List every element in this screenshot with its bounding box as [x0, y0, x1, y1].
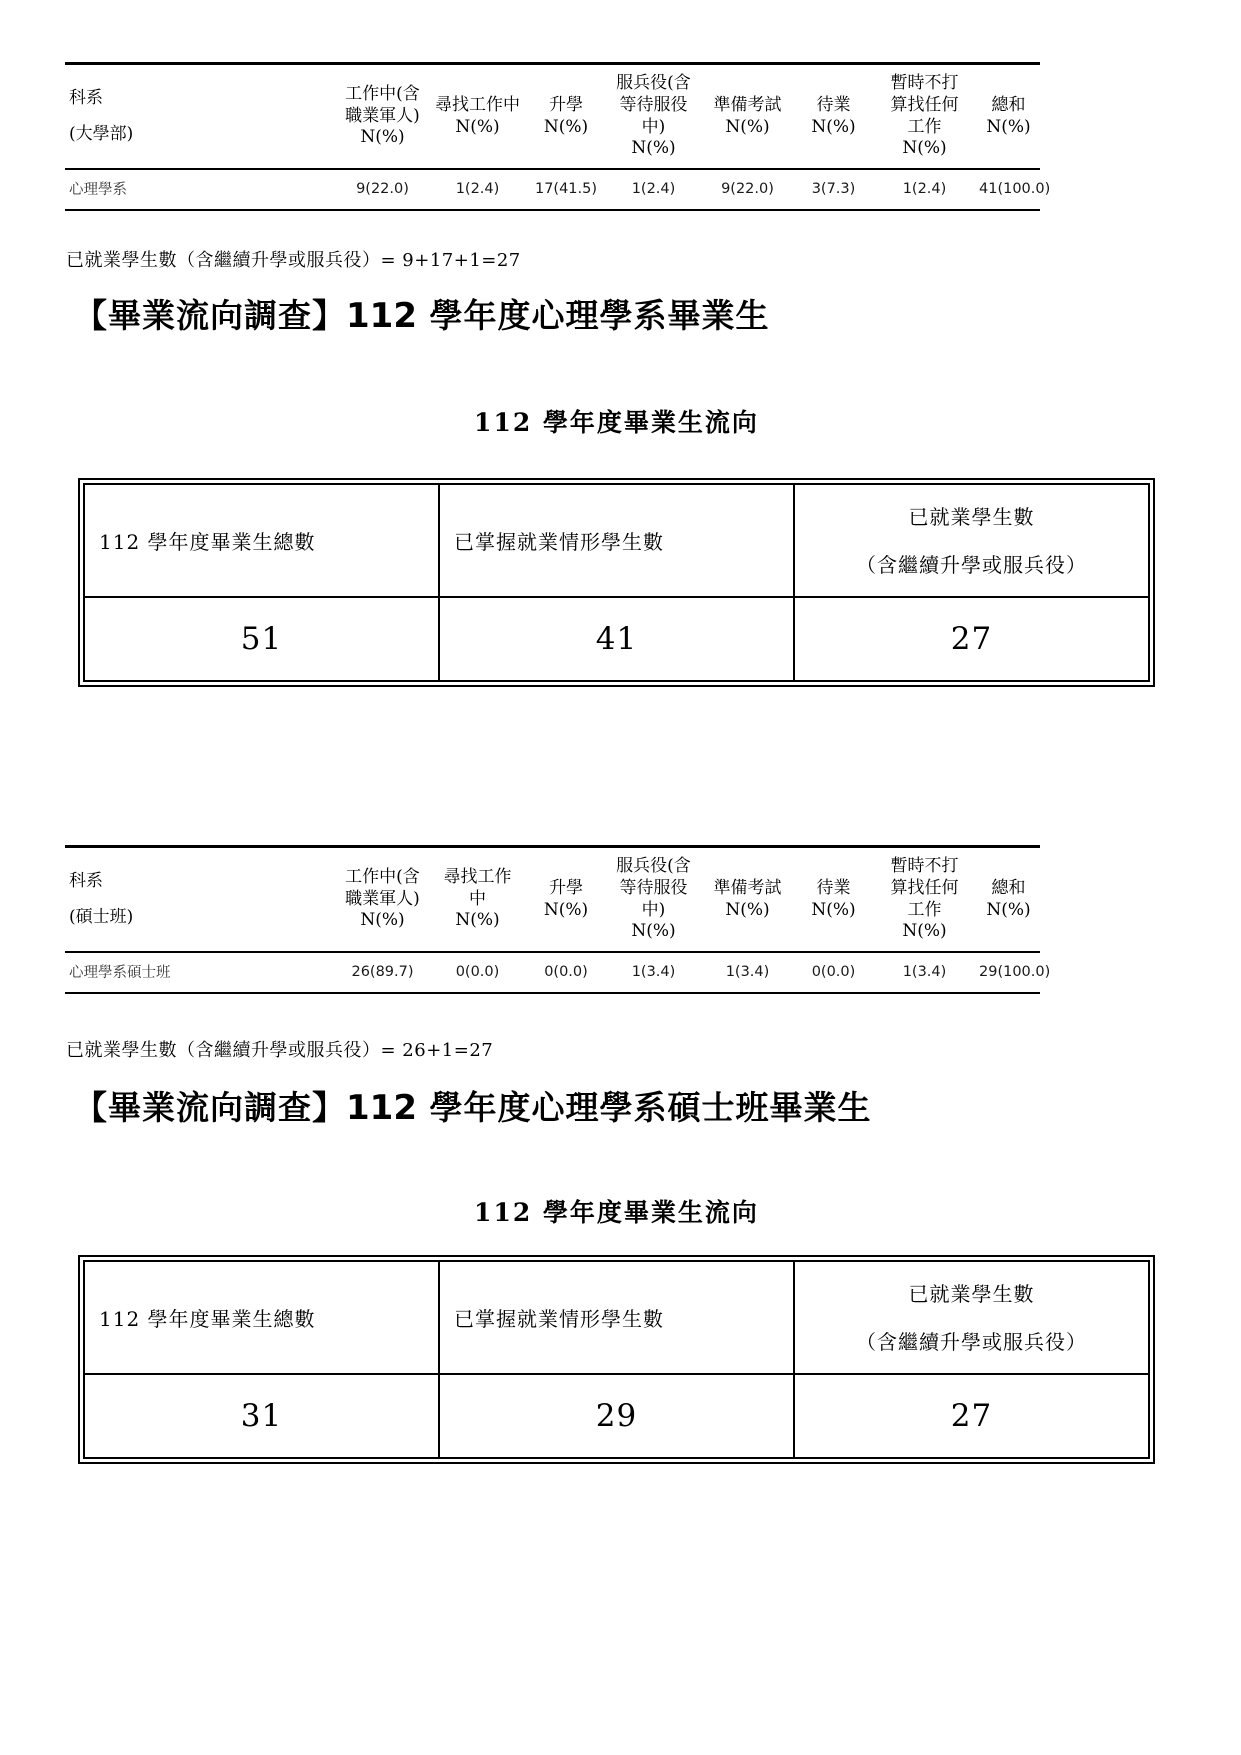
section-heading-undergrad: 【畢業流向調查】112 學年度心理學系畢業生: [74, 290, 769, 337]
flow-subtitle-master: 112 學年度畢業生流向: [78, 1193, 1155, 1229]
heading-rest: 學年度心理學系畢業生: [417, 296, 770, 335]
flow-value-row: 51 41 27: [84, 597, 1149, 681]
column-header-dept: 科系 (大學部): [65, 64, 335, 170]
cell-working: 26(89.7): [335, 952, 430, 993]
table-header-row: 科系 (碩士班) 工作中(含 職業軍人) N(%) 尋找工作 中 N(%) 升學…: [65, 847, 1040, 953]
cell-seeking: 0(0.0): [430, 952, 525, 993]
row-label: 心理學系: [65, 169, 335, 210]
flow-value-employed: 27: [794, 1374, 1149, 1458]
flow-header-total-grads: 112 學年度畢業生總數: [84, 1261, 439, 1374]
cell-further-study: 17(41.5): [525, 169, 607, 210]
flow-header-known-status: 已掌握就業情形學生數: [439, 1261, 794, 1374]
column-header-total: 總和 N(%): [977, 64, 1040, 170]
heading-bracket: 【畢業流向調查】: [74, 296, 346, 335]
flow-table-master: 112 學年度畢業生總數 已掌握就業情形學生數 已就業學生數 （含繼續升學或服兵…: [83, 1260, 1150, 1459]
heading-bracket: 【畢業流向調查】: [74, 1088, 346, 1127]
undergrad-stats-table: 科系 (大學部) 工作中(含 職業軍人) N(%) 尋找工作中 N(%) 升學 …: [65, 62, 1040, 211]
column-header-exam-prep: 準備考試 N(%): [700, 64, 795, 170]
column-header-total: 總和 N(%): [977, 847, 1040, 953]
flow-table-undergrad: 112 學年度畢業生總數 已掌握就業情形學生數 已就業學生數 （含繼續升學或服兵…: [83, 483, 1150, 682]
heading-year-number: 112: [346, 296, 417, 336]
table-row: 心理學系 9(22.0) 1(2.4) 17(41.5) 1(2.4) 9(22…: [65, 169, 1040, 210]
cell-exam-prep: 9(22.0): [700, 169, 795, 210]
flow-value-known-status: 41: [439, 597, 794, 681]
column-header-seeking: 尋找工作 中 N(%): [430, 847, 525, 953]
column-header-dept: 科系 (碩士班): [65, 847, 335, 953]
column-header-unemployed: 待業 N(%): [795, 64, 872, 170]
column-header-seeking: 尋找工作中 N(%): [430, 64, 525, 170]
heading-rest: 學年度心理學系碩士班畢業生: [417, 1088, 872, 1127]
cell-unemployed: 3(7.3): [795, 169, 872, 210]
flow-value-known-status: 29: [439, 1374, 794, 1458]
column-header-military: 服兵役(含 等待服役 中) N(%): [607, 847, 700, 953]
table-header-row: 科系 (大學部) 工作中(含 職業軍人) N(%) 尋找工作中 N(%) 升學 …: [65, 64, 1040, 170]
cell-not-looking: 1(3.4): [872, 952, 977, 993]
column-header-unemployed: 待業 N(%): [795, 847, 872, 953]
cell-unemployed: 0(0.0): [795, 952, 872, 993]
column-header-not-looking: 暫時不打 算找任何 工作 N(%): [872, 64, 977, 170]
flow-header-total-grads: 112 學年度畢業生總數: [84, 484, 439, 597]
flow-header-employed: 已就業學生數 （含繼續升學或服兵役）: [794, 1261, 1149, 1374]
master-stats-table-wrap: 科系 (碩士班) 工作中(含 職業軍人) N(%) 尋找工作 中 N(%) 升學…: [65, 845, 1040, 994]
cell-exam-prep: 1(3.4): [700, 952, 795, 993]
section-heading-master: 【畢業流向調查】112 學年度心理學系碩士班畢業生: [74, 1082, 871, 1129]
flow-value-row: 31 29 27: [84, 1374, 1149, 1458]
column-header-further-study: 升學 N(%): [525, 64, 607, 170]
heading-year-number: 112: [346, 1088, 417, 1128]
column-header-exam-prep: 準備考試 N(%): [700, 847, 795, 953]
cell-total: 41(100.0): [977, 169, 1040, 210]
cell-total: 29(100.0): [977, 952, 1040, 993]
column-header-further-study: 升學 N(%): [525, 847, 607, 953]
table-row: 心理學系碩士班 26(89.7) 0(0.0) 0(0.0) 1(3.4) 1(…: [65, 952, 1040, 993]
cell-working: 9(22.0): [335, 169, 430, 210]
flow-header-row: 112 學年度畢業生總數 已掌握就業情形學生數 已就業學生數 （含繼續升學或服兵…: [84, 484, 1149, 597]
employed-formula-undergrad: 已就業學生數（含繼續升學或服兵役）= 9+17+1=27: [66, 246, 521, 272]
flow-header-employed: 已就業學生數 （含繼續升學或服兵役）: [794, 484, 1149, 597]
flow-table-undergrad-wrap: 112 學年度畢業生總數 已掌握就業情形學生數 已就業學生數 （含繼續升學或服兵…: [78, 478, 1155, 687]
flow-subtitle-undergrad: 112 學年度畢業生流向: [78, 403, 1155, 439]
column-header-military: 服兵役(含 等待服役 中) N(%): [607, 64, 700, 170]
flow-value-employed: 27: [794, 597, 1149, 681]
cell-military: 1(2.4): [607, 169, 700, 210]
cell-seeking: 1(2.4): [430, 169, 525, 210]
cell-military: 1(3.4): [607, 952, 700, 993]
undergrad-stats-table-wrap: 科系 (大學部) 工作中(含 職業軍人) N(%) 尋找工作中 N(%) 升學 …: [65, 62, 1040, 211]
flow-header-row: 112 學年度畢業生總數 已掌握就業情形學生數 已就業學生數 （含繼續升學或服兵…: [84, 1261, 1149, 1374]
flow-value-total-grads: 51: [84, 597, 439, 681]
row-label: 心理學系碩士班: [65, 952, 335, 993]
cell-further-study: 0(0.0): [525, 952, 607, 993]
cell-not-looking: 1(2.4): [872, 169, 977, 210]
flow-value-total-grads: 31: [84, 1374, 439, 1458]
employed-formula-master: 已就業學生數（含繼續升學或服兵役）= 26+1=27: [66, 1036, 493, 1062]
column-header-not-looking: 暫時不打 算找任何 工作 N(%): [872, 847, 977, 953]
column-header-working: 工作中(含 職業軍人) N(%): [335, 64, 430, 170]
flow-table-master-wrap: 112 學年度畢業生總數 已掌握就業情形學生數 已就業學生數 （含繼續升學或服兵…: [78, 1255, 1155, 1464]
column-header-working: 工作中(含 職業軍人) N(%): [335, 847, 430, 953]
master-stats-table: 科系 (碩士班) 工作中(含 職業軍人) N(%) 尋找工作 中 N(%) 升學…: [65, 845, 1040, 994]
flow-header-known-status: 已掌握就業情形學生數: [439, 484, 794, 597]
